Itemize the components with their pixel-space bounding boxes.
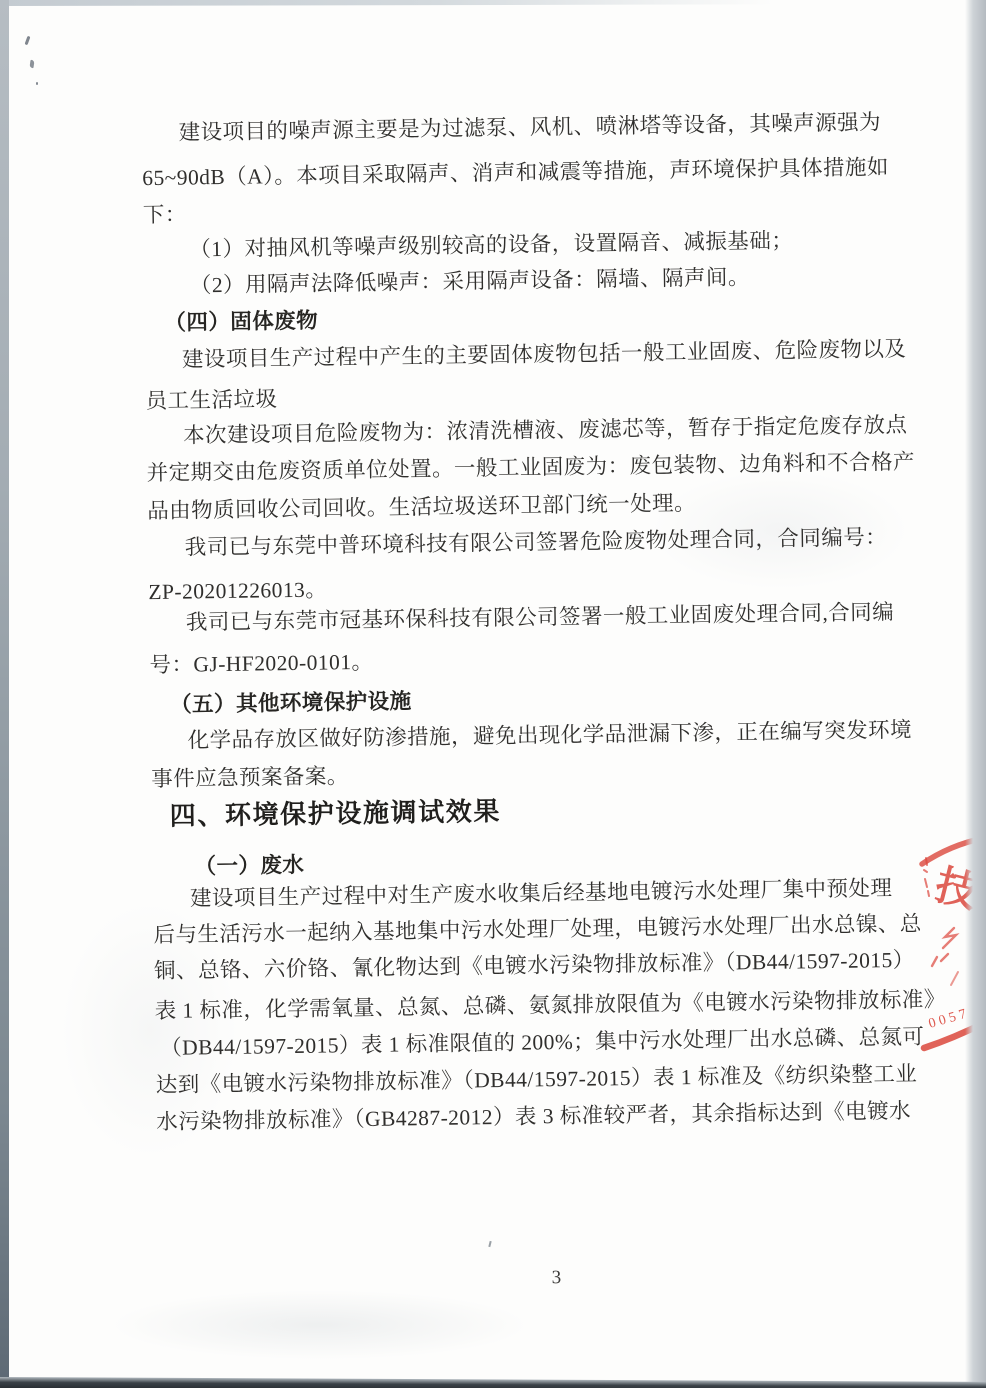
seal-scribble-tail: [951, 972, 958, 985]
section-heading-wastewater: （一）废水: [194, 855, 304, 878]
paragraph-line: 铜、总铬、六价铬、氰化物达到《电镀水污染物排放标准》（DB44/1597-201…: [154, 950, 915, 983]
contract-number-line: ZP-20201226013。: [148, 579, 327, 603]
paragraph-line: 65~90dB（A）。本项目采取隔声、消声和减震等措施，声环境保护具体措施如: [142, 157, 889, 190]
paragraph-line: 建设项目生产过程中产生的主要固体废物包括一般工业固废、危险废物以及: [182, 339, 907, 371]
page-number: 3: [552, 1267, 562, 1289]
paragraph-line: 本次建设项目危险废物为：浓清洗槽液、废滤芯等，暂存于指定危废存放点: [183, 415, 908, 447]
paragraph-line: 事件应急预案备案。: [151, 766, 349, 790]
scan-edge-right: [965, 0, 986, 1388]
scan-speck: [36, 82, 38, 85]
paragraph-line: 我司已与东莞中普环境科技有限公司签署危险废物处理合同，合同编号：: [185, 527, 888, 559]
paragraph-line: 并定期交由危废资质单位处置。一般工业固废为：废包装物、边角料和不合格产: [147, 452, 916, 485]
list-item-2: （2）用隔声法降低噪声：采用隔声设备：隔墙、隔声间。: [190, 267, 750, 297]
paragraph-line: 后与生活污水一起纳入基地集中污水处理厂处理，电镀污水处理厂出水总镍、总: [153, 914, 922, 947]
paragraph-line: 化学品存放区做好防渗措施，避免出现化学品泄漏下渗，正在编写突发环境: [188, 720, 913, 752]
paragraph-line: （DB44/1597-2015）表 1 标准限值的 200%；集中污水处理厂出水…: [160, 1027, 924, 1060]
paragraph-line: 建设项目的噪声源主要是为过滤泵、风机、喷淋塔等设备，其噪声源强为: [178, 112, 881, 144]
paragraph-line: 水污染物排放标准》（GB4287-2012）表 3 标准较严者，其余指标达到《电…: [156, 1101, 911, 1134]
paragraph-line: 下：: [143, 204, 187, 226]
scanned-page: 建设项目的噪声源主要是为过滤泵、风机、喷淋塔等设备，其噪声源强为 65~90dB…: [0, 0, 986, 1388]
seal-scribble: [932, 928, 956, 966]
list-item-1: （1）对抽风机等噪声级别较高的设备，设置隔音、减振基础；: [189, 230, 793, 260]
chapter-heading-debug-results: 四、环境保护设施调试效果: [170, 799, 502, 830]
section-heading-other-facilities: （五）其他环境保护设施: [170, 691, 412, 716]
paragraph-line: 我司已与东莞市冠基环保科技有限公司签署一般工业固废处理合同,合同编: [186, 602, 894, 634]
paragraph-line: 达到《电镀水污染物排放标准》（DB44/1597-2015）表 1 标准及《纺织…: [156, 1064, 918, 1097]
paragraph-line: 表 1 标准，化学需氧量、总氮、总磷、氨氮排放限值为《电镀水污染物排放标准》: [155, 989, 946, 1022]
paragraph-line: 员工生活垃圾: [145, 389, 277, 412]
contract-number-line: 号：GJ-HF2020-0101。: [149, 652, 373, 677]
document-content: 建设项目的噪声源主要是为过滤泵、风机、喷淋塔等设备，其噪声源强为 65~90dB…: [0, 0, 986, 1388]
section-heading-solid-waste: （四）固体废物: [164, 311, 318, 335]
paragraph-line: 建设项目生产过程中对生产废水收集后经基地电镀污水处理厂集中预处理: [190, 878, 893, 910]
scan-edge-left: [0, 0, 9, 1388]
paragraph-line: 品由物质回收公司回收。生活垃圾送环卫部门统一处理。: [147, 493, 696, 523]
